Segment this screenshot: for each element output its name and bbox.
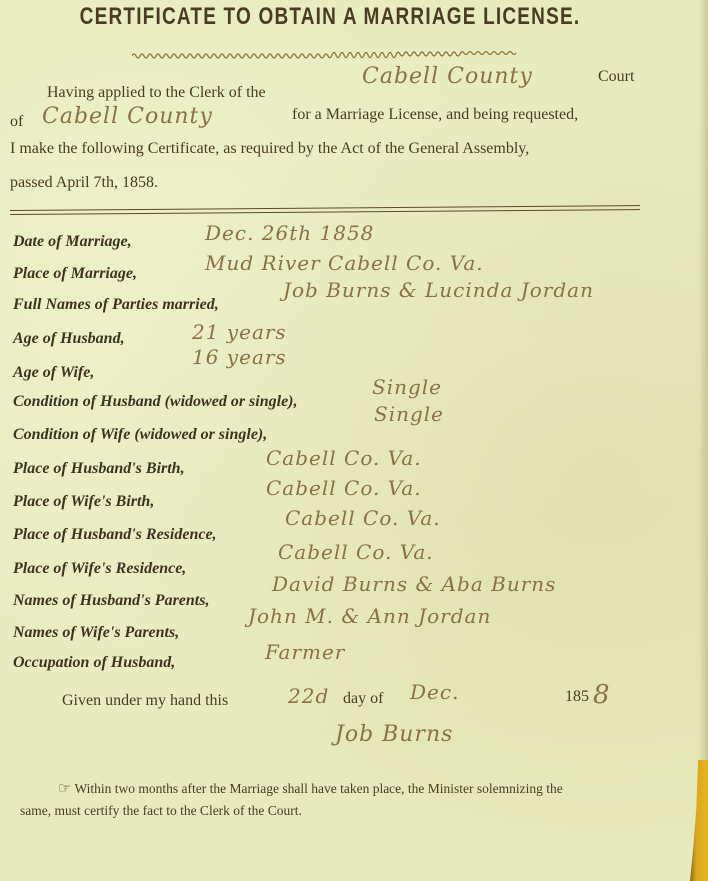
label-wife-birth: Place of Wife's Birth, [13, 493, 154, 511]
intro-line1-suffix: Court [598, 68, 634, 86]
given-year-printed: 185 [565, 688, 589, 706]
value-wife-birth: Cabell Co. Va. [266, 476, 422, 500]
paper-edge-shadow [698, 0, 708, 760]
value-wife-parents: John M. & Ann Jordan [248, 604, 491, 628]
label-place-of-marriage: Place of Marriage, [13, 265, 137, 283]
value-full-names: Job Burns & Lucinda Jordan [283, 278, 594, 302]
label-date-of-marriage: Date of Marriage, [13, 233, 132, 251]
minister-notice: ☞Within two months after the Marriage sh… [28, 778, 668, 821]
notice-line2: same, must certify the fact to the Clerk… [20, 800, 660, 821]
handwritten-court-county: Cabell County [362, 64, 533, 89]
label-husband-parents: Names of Husband's Parents, [13, 592, 209, 610]
value-husband-birth: Cabell Co. Va. [266, 446, 422, 470]
label-occupation-of-husband: Occupation of Husband, [13, 654, 175, 672]
label-wife-residence: Place of Wife's Residence, [13, 560, 186, 578]
value-date-of-marriage: Dec. 26th 1858 [205, 221, 374, 245]
value-husband-residence: Cabell Co. Va. [285, 506, 441, 530]
notice-line1: Within two months after the Marriage sha… [74, 781, 562, 796]
value-age-of-wife: 16 years [192, 345, 287, 369]
intro-line4: passed April 7th, 1858. [10, 174, 158, 192]
intro-line3: I make the following Certificate, as req… [10, 140, 529, 158]
label-wife-parents: Names of Wife's Parents, [13, 624, 179, 642]
pointing-hand-icon: ☞ [58, 781, 71, 797]
intro-line1-prefix: Having applied to the Clerk of the [47, 84, 266, 102]
value-condition-of-husband: Single [372, 375, 442, 399]
label-husband-birth: Place of Husband's Birth, [13, 460, 185, 478]
given-day: 22d [288, 684, 329, 708]
given-middle: day of [343, 690, 383, 708]
value-wife-residence: Cabell Co. Va. [278, 540, 434, 564]
value-occupation-of-husband: Farmer [265, 640, 345, 664]
document-title: CERTIFICATE TO OBTAIN A MARRIAGE LICENSE… [0, 4, 660, 32]
label-condition-of-husband: Condition of Husband (widowed or single)… [13, 393, 298, 411]
intro-line2-suffix: for a Marriage License, and being reques… [292, 106, 578, 124]
label-full-names: Full Names of Parties married, [13, 296, 219, 314]
value-condition-of-wife: Single [374, 402, 444, 426]
decorative-wavy-rule [132, 50, 518, 60]
applicant-signature: Job Burns [335, 722, 453, 747]
value-age-of-husband: 21 years [192, 320, 287, 344]
label-condition-of-wife: Condition of Wife (widowed or single), [13, 426, 267, 444]
given-prefix: Given under my hand this [62, 692, 228, 710]
handwritten-of-county: Cabell County [42, 104, 213, 129]
intro-line2-prefix: of [10, 113, 23, 131]
given-year-handwritten: 8 [593, 680, 611, 710]
label-age-of-husband: Age of Husband, [13, 330, 125, 348]
value-place-of-marriage: Mud River Cabell Co. Va. [205, 251, 484, 275]
label-husband-residence: Place of Husband's Residence, [13, 526, 217, 544]
value-husband-parents: David Burns & Aba Burns [272, 572, 556, 596]
given-month: Dec. [410, 680, 459, 704]
label-age-of-wife: Age of Wife, [13, 364, 94, 382]
